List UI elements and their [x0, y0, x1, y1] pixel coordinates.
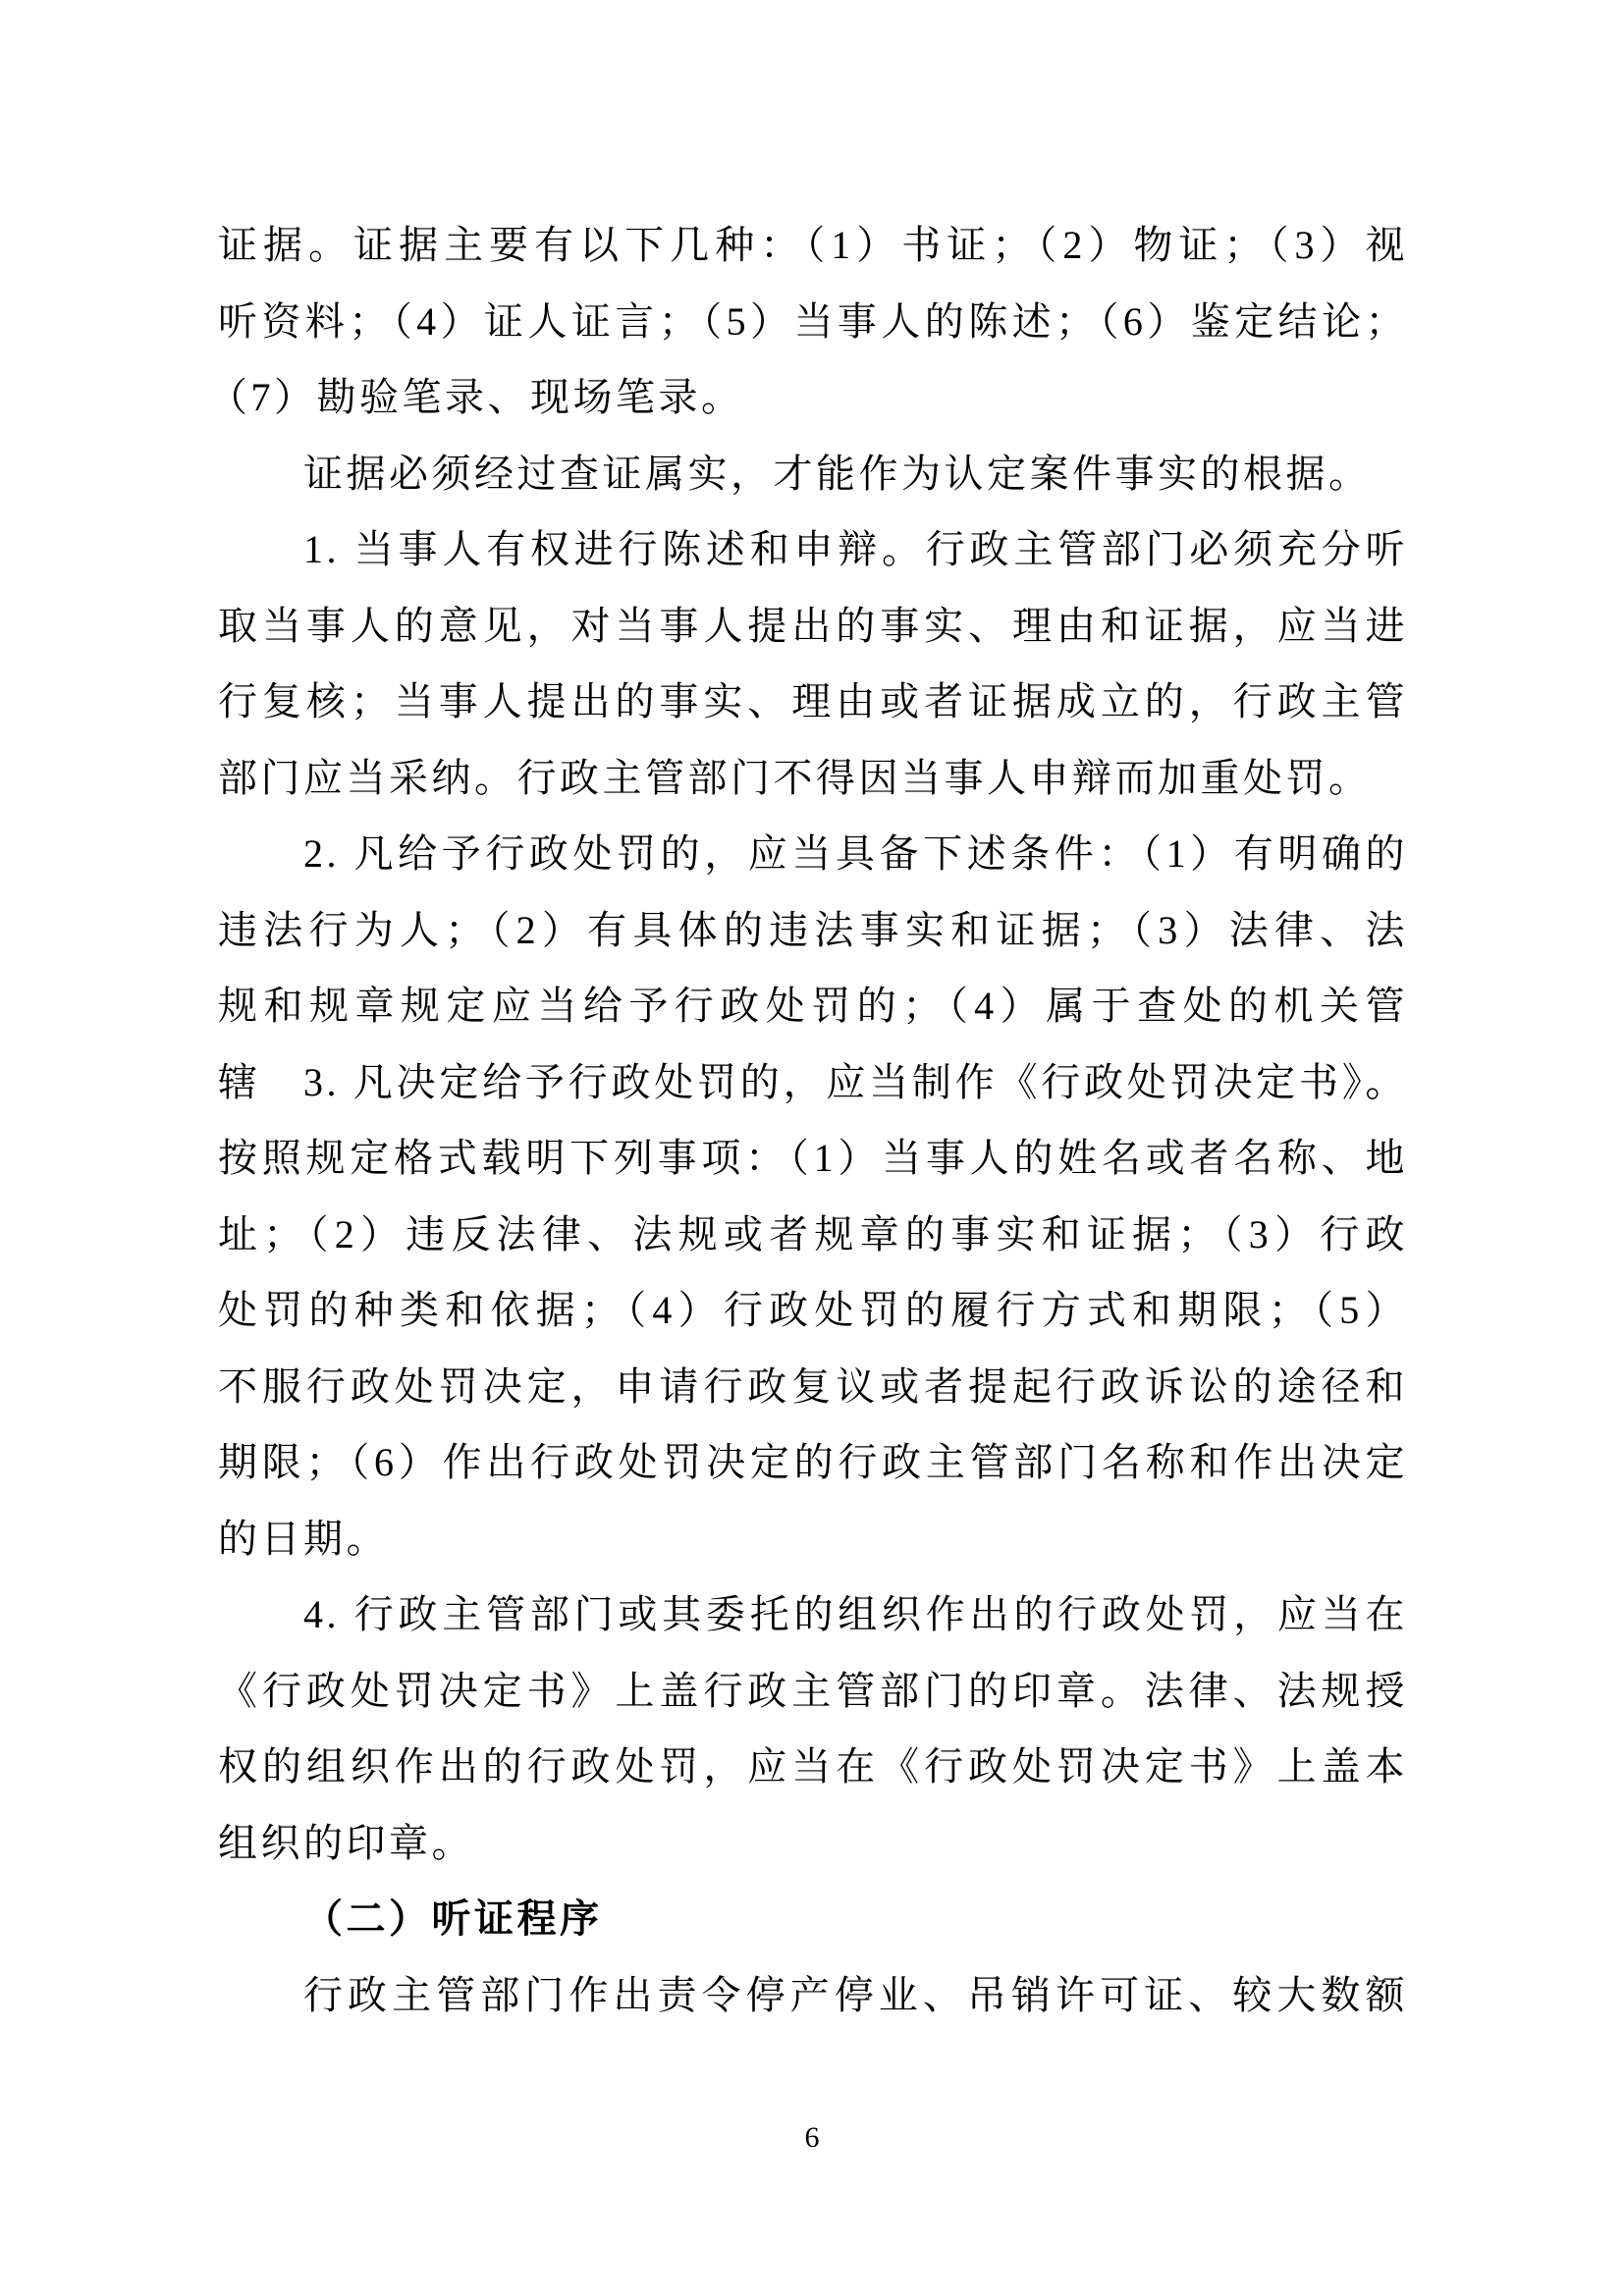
text-line: 听资料；（4）证人证言；（5）当事人的陈述；（6）鉴定结论；: [218, 284, 1408, 360]
text-line: （7）勘验笔录、现场笔录。: [208, 359, 1408, 436]
text-line: 的日期。: [218, 1501, 1408, 1577]
text-line: 违法行为人；（2）有具体的违法事实和证据；（3）法律、法: [218, 892, 1408, 969]
text-line: 期限；（6）作出行政处罚决定的行政主管部门名称和作出决定: [218, 1424, 1408, 1501]
text-line: 行复核；当事人提出的事实、理由或者证据成立的，行政主管: [218, 664, 1408, 740]
document-page: 证据。证据主要有以下几种：（1）书证；（2）物证；（3）视 听资料；（4）证人证…: [0, 0, 1624, 2296]
text-line: 证据必须经过查证属实，才能作为认定案件事实的根据。: [218, 436, 1408, 512]
text-line: 证据。证据主要有以下几种：（1）书证；（2）物证；（3）视: [218, 207, 1408, 284]
text-line: 处罚的种类和依据；（4）行政处罚的履行方式和期限；（5）: [218, 1272, 1408, 1349]
text-line: 1. 当事人有权进行陈述和申辩。行政主管部门必须充分听: [218, 511, 1408, 588]
text-line: 规和规章规定应当给予行政处罚的；（4）属于查处的机关管辖。: [218, 968, 1408, 1044]
text-line: 组织的印章。: [218, 1805, 1408, 1882]
body-text: 证据。证据主要有以下几种：（1）书证；（2）物证；（3）视 听资料；（4）证人证…: [218, 207, 1408, 2033]
text-line: 2. 凡给予行政处罚的，应当具备下述条件：（1）有明确的: [218, 816, 1408, 892]
text-line: 《行政处罚决定书》上盖行政主管部门的印章。法律、法规授: [218, 1653, 1408, 1730]
text-line: 不服行政处罚决定，申请行政复议或者提起行政诉讼的途径和: [218, 1349, 1408, 1425]
text-line: 行政主管部门作出责令停产停业、吊销许可证、较大数额: [218, 1957, 1408, 2034]
text-line: 4. 行政主管部门或其委托的组织作出的行政处罚，应当在: [218, 1576, 1408, 1653]
text-line: 权的组织作出的行政处罚，应当在《行政处罚决定书》上盖本: [218, 1729, 1408, 1805]
section-heading: （二）听证程序: [218, 1881, 1408, 1957]
text-line: 按照规定格式载明下列事项：（1）当事人的姓名或者名称、地: [218, 1120, 1408, 1197]
text-line: 址；（2）违反法律、法规或者规章的事实和证据；（3）行政: [218, 1197, 1408, 1273]
text-line: 3. 凡决定给予行政处罚的，应当制作《行政处罚决定书》。: [218, 1044, 1408, 1121]
text-line: 取当事人的意见，对当事人提出的事实、理由和证据，应当进: [218, 588, 1408, 665]
page-number: 6: [0, 2120, 1624, 2156]
text-line: 部门应当采纳。行政主管部门不得因当事人申辩而加重处罚。: [218, 740, 1408, 817]
